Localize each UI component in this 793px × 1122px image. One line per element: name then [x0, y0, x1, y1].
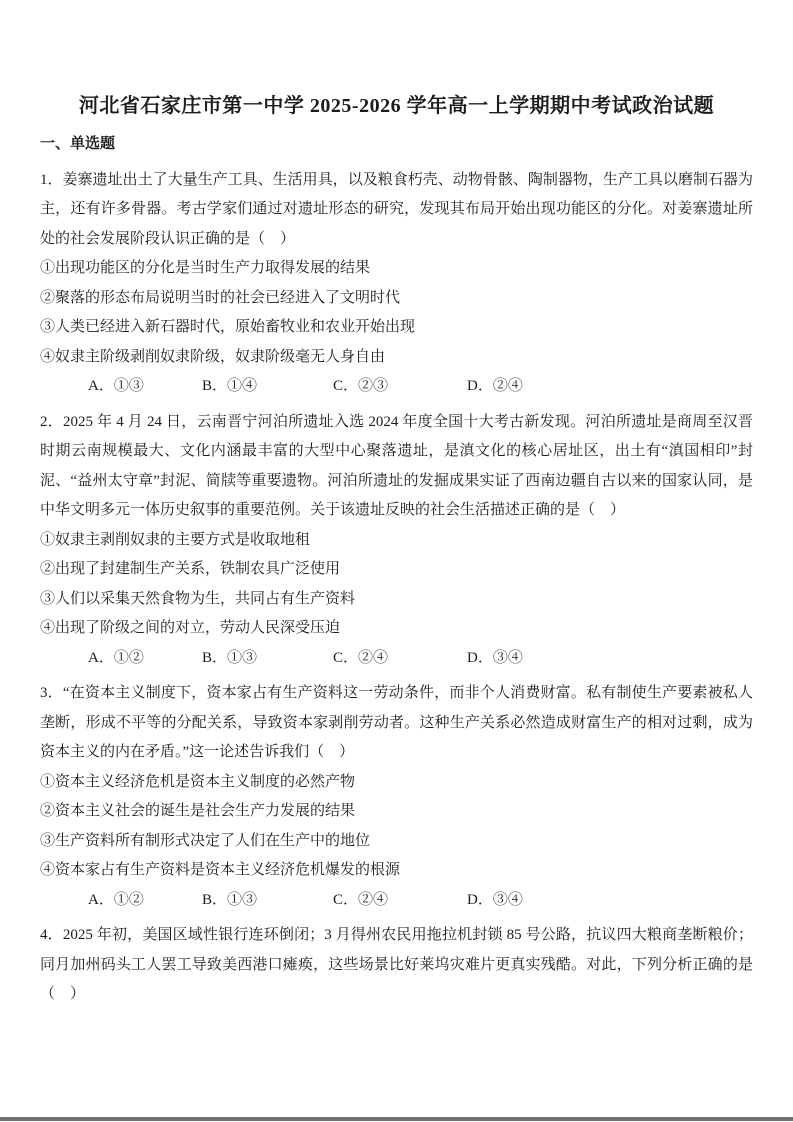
question-2-statement-1: ①奴隶主剥削奴隶的主要方式是收取地租 — [40, 526, 753, 556]
question-1-statement-2: ②聚落的形态布局说明当时的社会已经进入了文明时代 — [40, 284, 753, 314]
question-3: 3．“在资本主义制度下，资本家占有生产资料这一劳动条件，而非个人消费财富。私有制… — [40, 679, 753, 915]
question-3-statement-3: ③生产资料所有制形式决定了人们在生产中的地位 — [40, 827, 753, 857]
question-2-stem: 2．2025 年 4 月 24 日，云南晋宁河泊所遗址入选 2024 年度全国十… — [40, 408, 753, 526]
question-3-option-d: D．③④ — [467, 886, 523, 916]
question-2-statement-2: ②出现了封建制生产关系，铁制农具广泛使用 — [40, 555, 753, 585]
question-1-option-d: D．②④ — [467, 372, 523, 402]
question-2-option-b: B．①③ — [202, 644, 333, 674]
question-2-option-c: C．②④ — [333, 644, 467, 674]
question-2-options: A．①② B．①③ C．②④ D．③④ — [40, 644, 753, 674]
question-3-statement-4: ④资本家占有生产资料是资本主义经济危机爆发的根源 — [40, 856, 753, 886]
question-3-stem: 3．“在资本主义制度下，资本家占有生产资料这一劳动条件，而非个人消费财富。私有制… — [40, 679, 753, 768]
question-3-option-a: A．①② — [88, 886, 202, 916]
question-1-option-c: C．②③ — [333, 372, 467, 402]
page-bottom-divider — [0, 1117, 793, 1121]
question-2-statement-4: ④出现了阶级之间的对立，劳动人民深受压迫 — [40, 614, 753, 644]
question-1-statement-3: ③人类已经进入新石器时代，原始畜牧业和农业开始出现 — [40, 313, 753, 343]
question-1-stem: 1．姜寨遗址出土了大量生产工具、生活用具，以及粮食朽壳、动物骨骸、陶制器物，生产… — [40, 166, 753, 255]
question-1-options: A．①③ B．①④ C．②③ D．②④ — [40, 372, 753, 402]
question-2: 2．2025 年 4 月 24 日，云南晋宁河泊所遗址入选 2024 年度全国十… — [40, 408, 753, 674]
question-4: 4．2025 年初，美国区域性银行连环倒闭；3 月得州农民用拖拉机封锁 85 号… — [40, 921, 753, 1010]
question-3-option-c: C．②④ — [333, 886, 467, 916]
page-title: 河北省石家庄市第一中学 2025-2026 学年高一上学期期中考试政治试题 — [40, 92, 753, 120]
question-2-statement-3: ③人们以采集天然食物为生，共同占有生产资料 — [40, 585, 753, 615]
question-1-statement-1: ①出现功能区的分化是当时生产力取得发展的结果 — [40, 254, 753, 284]
section-heading: 一、单选题 — [40, 130, 753, 160]
question-1-statement-4: ④奴隶主阶级剥削奴隶阶级，奴隶阶级毫无人身自由 — [40, 343, 753, 373]
question-1: 1．姜寨遗址出土了大量生产工具、生活用具，以及粮食朽壳、动物骨骸、陶制器物，生产… — [40, 166, 753, 402]
question-3-statement-2: ②资本主义社会的诞生是社会生产力发展的结果 — [40, 797, 753, 827]
exam-page: 河北省石家庄市第一中学 2025-2026 学年高一上学期期中考试政治试题 一、… — [0, 0, 793, 1122]
question-3-options: A．①② B．①③ C．②④ D．③④ — [40, 886, 753, 916]
question-4-stem: 4．2025 年初，美国区域性银行连环倒闭；3 月得州农民用拖拉机封锁 85 号… — [40, 921, 753, 1010]
question-2-option-a: A．①② — [88, 644, 202, 674]
question-1-option-b: B．①④ — [202, 372, 333, 402]
question-3-option-b: B．①③ — [202, 886, 333, 916]
question-2-option-d: D．③④ — [467, 644, 523, 674]
question-1-option-a: A．①③ — [88, 372, 202, 402]
question-3-statement-1: ①资本主义经济危机是资本主义制度的必然产物 — [40, 768, 753, 798]
